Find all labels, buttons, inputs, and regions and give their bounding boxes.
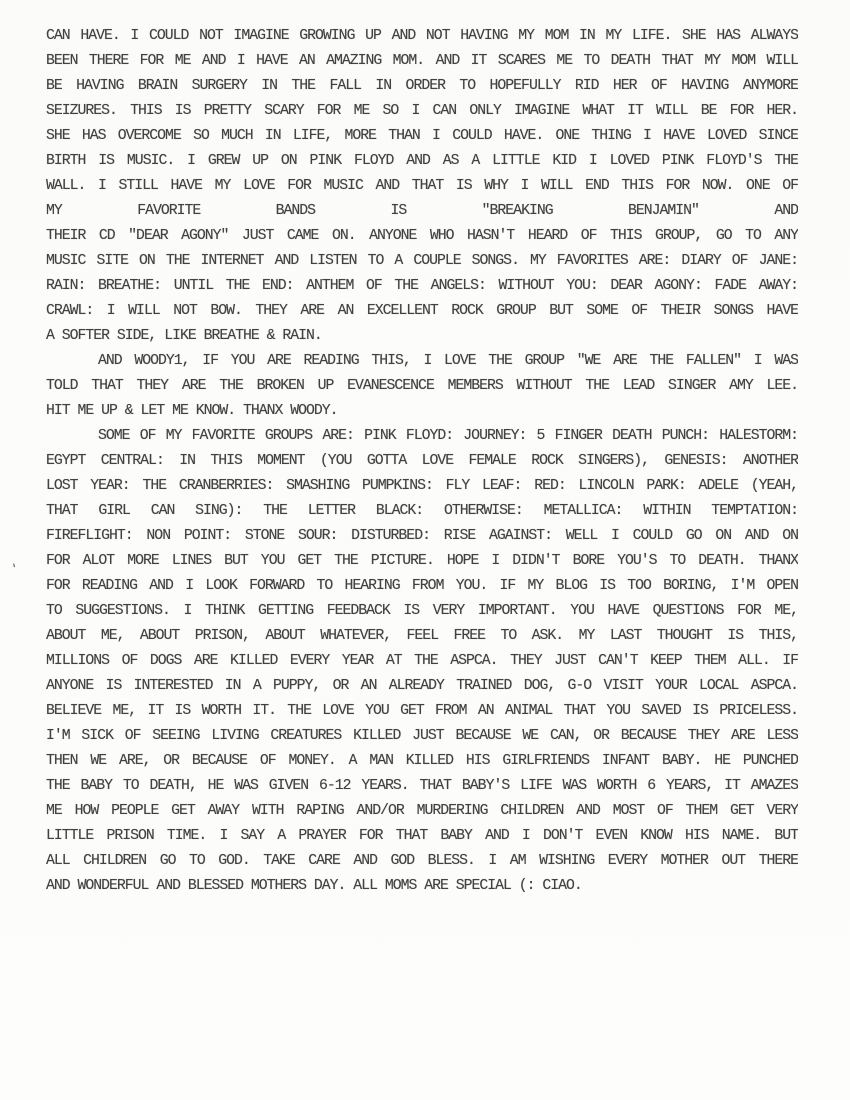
text-line: WALL. I STILL HAVE MY LOVE FOR MUSIC AND…	[46, 174, 798, 199]
text-line: TO SUGGESTIONS. I THINK GETTING FEEDBACK…	[46, 599, 798, 624]
paragraph-1: CAN HAVE. I COULD NOT IMAGINE GROWING UP…	[46, 24, 798, 349]
text-line: LITTLE PRISON TIME. I SAY A PRAYER FOR T…	[46, 824, 798, 849]
text-line: ABOUT ME, ABOUT PRISON, ABOUT WHATEVER, …	[46, 624, 798, 649]
text-line: MUSIC SITE ON THE INTERNET AND LISTEN TO…	[46, 249, 798, 274]
typewritten-text-block: CAN HAVE. I COULD NOT IMAGINE GROWING UP…	[46, 24, 798, 899]
text-line: I'M SICK OF SEEING LIVING CREATURES KILL…	[46, 724, 798, 749]
text-line: FOR READING AND I LOOK FORWARD TO HEARIN…	[46, 574, 798, 599]
text-line: BIRTH IS MUSIC. I GREW UP ON PINK FLOYD …	[46, 149, 798, 174]
paragraph-2: AND WOODY1, IF YOU ARE READING THIS, I L…	[46, 349, 798, 424]
text-line: A SOFTER SIDE, LIKE BREATHE & RAIN.	[46, 324, 798, 349]
text-line: TOLD THAT THEY ARE THE BROKEN UP EVANESC…	[46, 374, 798, 399]
text-line: FOR ALOT MORE LINES BUT YOU GET THE PICT…	[46, 549, 798, 574]
text-line: AND WOODY1, IF YOU ARE READING THIS, I L…	[46, 349, 798, 374]
text-line: SHE HAS OVERCOME SO MUCH IN LIFE, MORE T…	[46, 124, 798, 149]
text-line: LOST YEAR: THE CRANBERRIES: SMASHING PUM…	[46, 474, 798, 499]
text-line: THEN WE ARE, OR BECAUSE OF MONEY. A MAN …	[46, 749, 798, 774]
text-line: THE BABY TO DEATH, HE WAS GIVEN 6-12 YEA…	[46, 774, 798, 799]
text-line: SEIZURES. THIS IS PRETTY SCARY FOR ME SO…	[46, 99, 798, 124]
text-line: THEIR CD "DEAR AGONY" JUST CAME ON. ANYO…	[46, 224, 798, 249]
text-line: THAT GIRL CAN SING): THE LETTER BLACK: O…	[46, 499, 798, 524]
text-line: SOME OF MY FAVORITE GROUPS ARE: PINK FLO…	[46, 424, 798, 449]
document-page: CAN HAVE. I COULD NOT IMAGINE GROWING UP…	[0, 0, 850, 1100]
text-line: CRAWL: I WILL NOT BOW. THEY ARE AN EXCEL…	[46, 299, 798, 324]
text-line: BEEN THERE FOR ME AND I HAVE AN AMAZING …	[46, 49, 798, 74]
text-line: ME HOW PEOPLE GET AWAY WITH RAPING AND/O…	[46, 799, 798, 824]
text-line: MY FAVORITE BANDS IS "BREAKING BENJAMIN"…	[46, 199, 798, 224]
text-line: RAIN: BREATHE: UNTIL THE END: ANTHEM OF …	[46, 274, 798, 299]
text-line: CAN HAVE. I COULD NOT IMAGINE GROWING UP…	[46, 24, 798, 49]
text-line: EGYPT CENTRAL: IN THIS MOMENT (YOU GOTTA…	[46, 449, 798, 474]
paragraph-3: SOME OF MY FAVORITE GROUPS ARE: PINK FLO…	[46, 424, 798, 899]
text-line: MILLIONS OF DOGS ARE KILLED EVERY YEAR A…	[46, 649, 798, 674]
text-line: ANYONE IS INTERESTED IN A PUPPY, OR AN A…	[46, 674, 798, 699]
text-line: FIREFLIGHT: NON POINT: STONE SOUR: DISTU…	[46, 524, 798, 549]
text-line: AND WONDERFUL AND BLESSED MOTHERS DAY. A…	[46, 874, 798, 899]
text-line: BELIEVE ME, IT IS WORTH IT. THE LOVE YOU…	[46, 699, 798, 724]
text-line: HIT ME UP & LET ME KNOW. THANX WOODY.	[46, 399, 798, 424]
stray-ink-mark: '	[10, 561, 21, 577]
text-line: BE HAVING BRAIN SURGERY IN THE FALL IN O…	[46, 74, 798, 99]
text-line: ALL CHILDREN GO TO GOD. TAKE CARE AND GO…	[46, 849, 798, 874]
